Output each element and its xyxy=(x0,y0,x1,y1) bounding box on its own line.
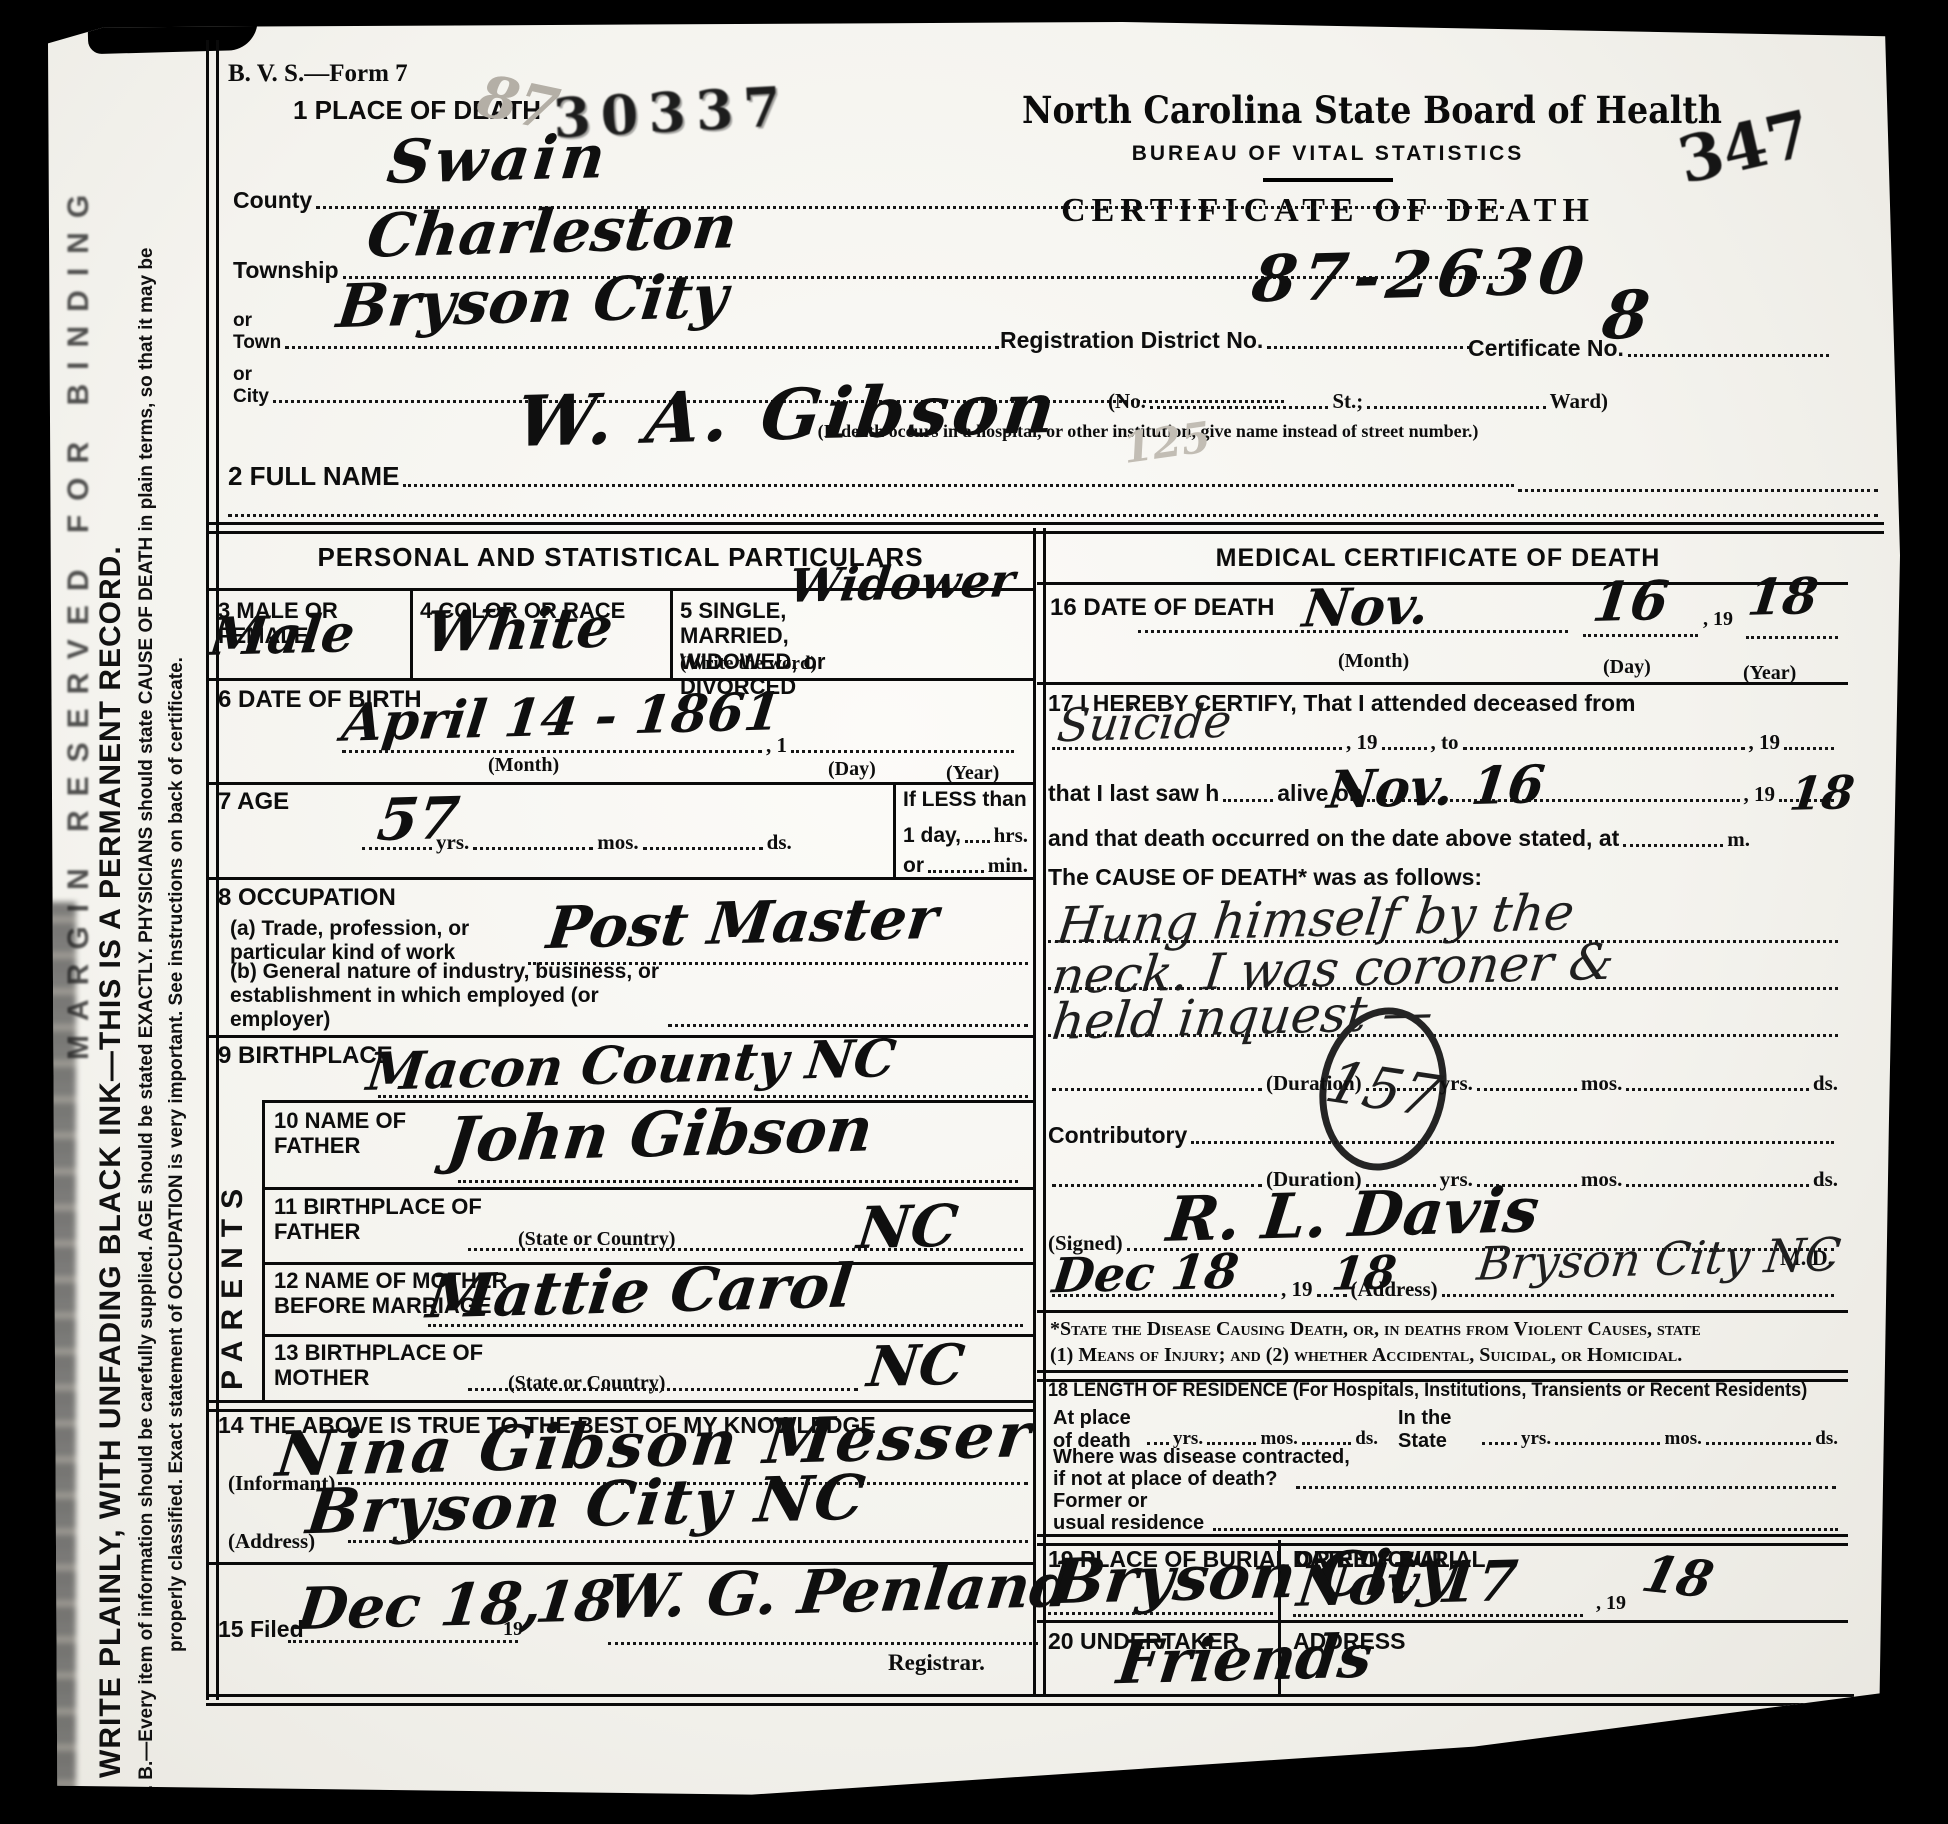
dotted-line xyxy=(1784,747,1834,750)
filed-label: 15 Filed xyxy=(218,1616,304,1642)
city-label: or City xyxy=(233,364,269,408)
form-bottom-rule xyxy=(206,1694,1854,1706)
full-name-label: 2 FULL NAME xyxy=(228,461,399,492)
cell-divider xyxy=(410,588,413,678)
occupation-a-label: (a) Trade, profession, or particular kin… xyxy=(230,917,560,965)
form-number: B. V. S.—Form 7 xyxy=(228,60,408,88)
bureau-subtitle: BUREAU OF VITAL STATISTICS xyxy=(988,142,1668,166)
dotted-line xyxy=(1626,1088,1809,1091)
dotted-line xyxy=(1052,747,1342,750)
dotted-line xyxy=(1147,1442,1169,1445)
father-name-label: 10 NAME OF FATHER xyxy=(274,1108,444,1159)
form-left-rail xyxy=(206,40,219,1700)
mother-birthplace-value: NC xyxy=(865,1337,967,1395)
occupation-a-value: Post Master xyxy=(544,889,941,957)
sign-date-value: Dec 18 xyxy=(1050,1248,1241,1301)
father-name-value: John Gibson xyxy=(444,1098,876,1171)
date-of-death-month: Nov. xyxy=(1300,580,1432,635)
registration-district-value: 87-2630 xyxy=(1249,240,1593,313)
father-birthplace-hint: (State or Country) xyxy=(518,1228,675,1250)
rule xyxy=(206,678,1033,681)
dotted-line xyxy=(1623,844,1723,847)
in-the-state-label: In the State xyxy=(1398,1407,1451,1453)
rule xyxy=(1037,582,1848,585)
dob-month-caption: (Month) xyxy=(488,754,559,776)
printed-19: , 19 xyxy=(1281,1277,1313,1302)
dotted-line xyxy=(1626,1184,1809,1187)
age-units-line: yrs. mos. ds. xyxy=(358,817,868,855)
town-label-town: Town xyxy=(233,332,281,354)
printed-19: , 19 xyxy=(1744,782,1776,807)
rule xyxy=(262,1187,1033,1190)
certificate-paper: MARGIN RESERVED FOR BINDING WRITE PLAINL… xyxy=(48,22,1900,1800)
age-ds-label: ds. xyxy=(767,830,792,855)
hrs-label: hrs. xyxy=(994,823,1028,848)
dotted-line xyxy=(1207,1442,1256,1445)
last-saw-date-value: Nov. 16 xyxy=(1325,759,1547,817)
date-of-death-day: 16 xyxy=(1590,573,1672,629)
town-label-or: or xyxy=(233,310,281,332)
cell-divider xyxy=(670,588,673,678)
full-name-value: W. A. Gibson xyxy=(513,373,1063,457)
dotted-line xyxy=(1293,1614,1583,1617)
ward-label: Ward) xyxy=(1550,389,1608,414)
or-label: or xyxy=(903,854,924,878)
dotted-line xyxy=(1477,1088,1577,1091)
one-day-label: 1 day, xyxy=(903,824,961,848)
rule xyxy=(1037,1620,1848,1623)
dotted-line xyxy=(288,1640,518,1643)
informant-address-label: (Address) xyxy=(228,1530,315,1553)
margin-binding-note: MARGIN RESERVED FOR BINDING xyxy=(62,181,96,1060)
medical-section-title: MEDICAL CERTIFICATE OF DEATH xyxy=(1043,544,1833,573)
dotted-line xyxy=(1223,799,1273,802)
mos-label: mos. xyxy=(1581,1167,1622,1192)
county-label: County xyxy=(233,187,312,214)
dotted-line xyxy=(608,1642,1038,1645)
ds-label: ds. xyxy=(1355,1428,1378,1450)
city-label-or: or xyxy=(233,364,269,386)
sign-year-value: 18 xyxy=(1329,1249,1398,1297)
age-mos-label: mos. xyxy=(597,830,638,855)
age-label: 7 AGE xyxy=(218,788,289,816)
informant-address-value: Bryson City NC xyxy=(304,1467,870,1544)
sex-value: Male xyxy=(207,608,358,664)
marital-hint: (Write the word) xyxy=(680,654,817,675)
cell-divider xyxy=(893,782,896,877)
birthplace-label: 9 BIRTHPLACE xyxy=(218,1042,393,1070)
margin-nb-note-line1: N. B.—Every item of information should b… xyxy=(136,248,158,1805)
dotted-line xyxy=(458,1180,1018,1183)
contributory-line: Contributory xyxy=(1048,1117,1838,1149)
no-label: (No. xyxy=(1108,389,1146,414)
m-label: m. xyxy=(1727,827,1750,852)
dotted-line xyxy=(1052,1088,1262,1091)
city-label-city: City xyxy=(233,386,269,408)
former-label-2: usual residence xyxy=(1053,1512,1204,1535)
race-value: White xyxy=(422,600,615,661)
township-label: Township xyxy=(233,257,339,284)
dotted-line xyxy=(1213,1528,1838,1531)
board-title: North Carolina State Board of Health xyxy=(1022,88,1634,132)
street-ward-row: (No. St.; Ward) xyxy=(1108,374,1608,414)
death-occurred-label: and that death occurred on the date abov… xyxy=(1048,825,1619,852)
town-label: or Town xyxy=(233,310,281,354)
dotted-line xyxy=(668,1024,1028,1027)
scan-edge-blob xyxy=(88,20,259,54)
registration-district-row: Registration District No. xyxy=(1000,316,1475,354)
to-label: , to xyxy=(1431,730,1459,755)
duration-line-1: (Duration) yrs. mos. ds. xyxy=(1048,1062,1838,1096)
date-of-death-year: 18 xyxy=(1745,571,1821,623)
dotted-line xyxy=(1555,1442,1660,1445)
dotted-line xyxy=(228,514,1878,517)
age-yrs-label: yrs. xyxy=(436,830,469,855)
yrs-label: yrs. xyxy=(1440,1071,1473,1096)
dotted-line xyxy=(1583,634,1698,637)
dotted-line xyxy=(1628,354,1829,357)
dotted-line xyxy=(1267,346,1471,349)
dotted-line xyxy=(1296,1486,1836,1489)
dotted-line xyxy=(1138,630,1568,633)
registrar-signature: W. G. Penland xyxy=(604,1556,1076,1628)
at-place-line1: At place xyxy=(1053,1407,1131,1430)
dotted-line xyxy=(1048,1034,1838,1037)
contracted-label-1: Where was disease contracted, xyxy=(1053,1446,1350,1469)
mother-name-value: Mattie Carol xyxy=(424,1256,856,1327)
dotted-line xyxy=(965,840,990,843)
min-line: or min. xyxy=(903,848,1028,878)
township-value: Charleston xyxy=(364,197,740,267)
dotted-line xyxy=(1150,406,1328,409)
dod-year-caption: (Year) xyxy=(1743,662,1796,684)
ds-label: ds. xyxy=(1813,1167,1838,1192)
filed-year-prefix: 19 xyxy=(503,1618,523,1640)
rule xyxy=(206,782,1033,785)
dotted-line xyxy=(403,484,1514,487)
occupation-label: 8 OCCUPATION xyxy=(218,884,396,912)
dotted-line xyxy=(285,346,999,349)
st-label: St.; xyxy=(1332,389,1363,414)
dotted-line xyxy=(342,750,762,753)
duration-label: (Duration) xyxy=(1266,1071,1362,1096)
father-birthplace-label: 11 BIRTHPLACE OF FATHER xyxy=(274,1194,484,1245)
dotted-line xyxy=(1382,747,1427,750)
dod-month-caption: (Month) xyxy=(1338,650,1409,672)
dotted-line xyxy=(1366,1088,1436,1091)
min-label: min. xyxy=(988,853,1028,878)
dotted-line xyxy=(1191,1141,1834,1144)
ds-label: ds. xyxy=(1815,1428,1838,1450)
dotted-line xyxy=(1518,489,1878,492)
mos-label: mos. xyxy=(1664,1428,1701,1450)
town-value: Bryson City xyxy=(334,267,731,337)
dotted-line xyxy=(928,870,984,873)
if-less-label: If LESS than xyxy=(903,788,1027,812)
last-saw-label: that I last saw h xyxy=(1048,780,1219,807)
registration-district-label: Registration District No. xyxy=(1000,327,1263,354)
dotted-line xyxy=(468,1388,858,1391)
in-the-line2: State xyxy=(1398,1430,1451,1453)
hrs-line: 1 day, hrs. xyxy=(903,818,1028,848)
occupation-b-label: (b) General nature of industry, business… xyxy=(230,960,660,1032)
certificate-no-row: Certificate No. xyxy=(1468,322,1833,362)
dotted-line xyxy=(1482,1442,1517,1445)
contributory-label: Contributory xyxy=(1048,1122,1187,1149)
burial-year-value: 18 xyxy=(1638,1548,1718,1605)
county-value: Swain xyxy=(384,127,612,193)
footnote-line-2: (1) Means of Injury; and (2) whether Acc… xyxy=(1050,1344,1682,1366)
rule xyxy=(1037,1310,1848,1313)
rule xyxy=(1037,682,1848,685)
death-occurred-line: and that death occurred on the date abov… xyxy=(1048,820,1628,852)
pencil-annotation: 125 xyxy=(1121,416,1214,470)
last-saw-year-value: 18 xyxy=(1787,769,1856,817)
printed-19: , 19 xyxy=(1346,730,1378,755)
mother-birthplace-label: 13 BIRTHPLACE OF MOTHER xyxy=(274,1340,484,1391)
burial-date-value: Nov 17 xyxy=(1294,1553,1520,1615)
dob-line: , 1 xyxy=(338,722,1018,758)
dob-year-prefix: , 1 xyxy=(766,733,787,758)
residence-label: 18 LENGTH OF RESIDENCE (For Hospitals, I… xyxy=(1048,1380,1807,1402)
column-divider xyxy=(1033,528,1046,1696)
dotted-line xyxy=(643,847,763,850)
dotted-line xyxy=(348,1540,1028,1543)
dod-day-caption: (Day) xyxy=(1603,656,1651,678)
registrar-label: Registrar. xyxy=(888,1650,985,1675)
footnote-line-1: *State the Disease Causing Death, or, in… xyxy=(1050,1318,1701,1340)
in-state-units-line: yrs. mos. ds. xyxy=(1478,1418,1838,1450)
mos-label: mos. xyxy=(1581,1071,1622,1096)
certificate-no-value: 8 xyxy=(1599,281,1653,348)
dotted-line xyxy=(791,750,1014,753)
dotted-line xyxy=(1367,406,1545,409)
dotted-line xyxy=(1442,1294,1834,1297)
date-of-death-label: 16 DATE OF DEATH xyxy=(1050,594,1274,622)
dotted-line xyxy=(428,1324,1023,1327)
yrs-label: yrs. xyxy=(1521,1428,1551,1450)
dob-day-caption: (Day) xyxy=(828,758,876,780)
dotted-line xyxy=(1048,1612,1273,1615)
ds-label: ds. xyxy=(1813,1071,1838,1096)
dotted-line xyxy=(1302,1442,1351,1445)
scanned-death-certificate: MARGIN RESERVED FOR BINDING WRITE PLAINL… xyxy=(0,0,1948,1824)
date-of-death-year-prefix: , 19 xyxy=(1703,608,1733,630)
parents-vertical-label: PARENTS xyxy=(216,1179,250,1390)
dotted-line xyxy=(362,847,432,850)
contracted-label-2: if not at place of death? xyxy=(1053,1468,1277,1491)
dob-year-caption: (Year) xyxy=(946,762,999,784)
former-label-1: Former or xyxy=(1053,1490,1147,1513)
margin-nb-note-line2: properly classified. Exact statement of … xyxy=(166,657,188,1652)
dotted-line xyxy=(468,1248,1023,1251)
dotted-line xyxy=(473,847,593,850)
marital-value: Widower xyxy=(787,557,1017,609)
printed-19: , 19 xyxy=(1749,730,1781,755)
parents-strip-divider xyxy=(262,1100,265,1400)
dotted-line xyxy=(1463,747,1745,750)
in-the-line1: In the xyxy=(1398,1407,1451,1430)
dotted-line xyxy=(1746,636,1838,639)
sign-address-value: Bryson City NC xyxy=(1475,1231,1843,1286)
burial-year-prefix: , 19 xyxy=(1596,1592,1626,1614)
margin-write-plainly-note: WRITE PLAINLY, WITH UNFADING BLACK INK—T… xyxy=(94,545,128,1778)
attended-dates-line: , 19 , to , 19 xyxy=(1048,722,1838,755)
burial-address-label: ADDRESS xyxy=(1293,1628,1405,1654)
rule xyxy=(206,877,1033,880)
dotted-line xyxy=(1706,1442,1811,1445)
birthplace-value: Macon County NC xyxy=(364,1033,898,1099)
